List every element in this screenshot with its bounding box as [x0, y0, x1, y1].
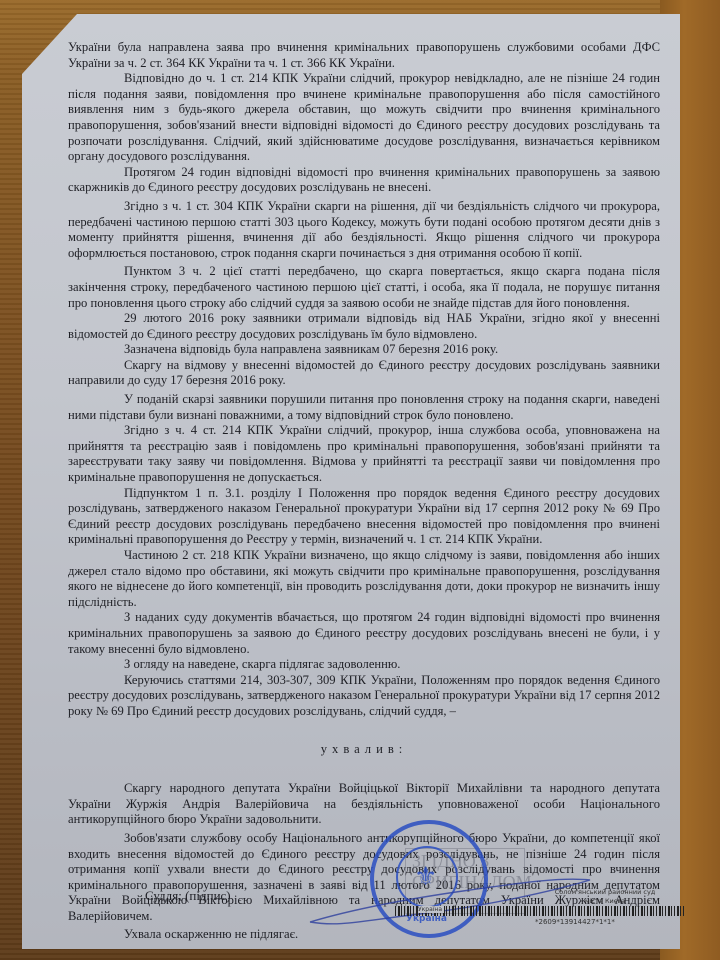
paragraph: Скаргу на відмову у внесенні відомостей … [68, 358, 660, 389]
paragraph: України була направлена заява про вчинен… [68, 40, 660, 71]
paragraph: 29 лютого 2016 року заявники отримали ві… [68, 311, 660, 342]
court-city: міста Києва [530, 897, 680, 906]
court-label: Солом'янський районний суд міста Києва [530, 888, 680, 906]
barcode-prefix: Україна [418, 906, 444, 913]
paragraph: З огляду на наведене, скарга підлягає за… [68, 657, 660, 673]
paragraph: Згідно з ч. 4 ст. 214 КПК України слідчи… [68, 423, 660, 485]
paragraph: Керуючись статтями 214, 303-307, 309 КПК… [68, 673, 660, 720]
ruling-paragraph: Скаргу народного депутата України Войціц… [68, 781, 660, 828]
paragraph: Пунктом 3 ч. 2 цієї статті передбачено, … [68, 264, 660, 311]
paragraph: Зазначена відповідь була направлена заяв… [68, 342, 660, 358]
paragraph: З наданих суду документів вбачається, що… [68, 610, 660, 657]
paragraph: Згідно з ч. 1 ст. 304 КПК України скарги… [68, 199, 660, 261]
barcode-number: *2609*13914427*1*1* [535, 918, 615, 926]
paragraph: Підпунктом 1 п. 3.1. розділу І Положення… [68, 486, 660, 548]
paragraph: Частиною 2 ст. 218 КПК України визначено… [68, 548, 660, 610]
paragraph: Відповідно до ч. 1 ст. 214 КПК України с… [68, 71, 660, 165]
paragraph: Протягом 24 годин відповідні відомості п… [68, 165, 660, 196]
judge-signature-line: Суддя: (підпис) [145, 888, 231, 904]
paragraph: У поданій скарзі заявники порушили питан… [68, 392, 660, 423]
document-body: України була направлена заява про вчинен… [68, 40, 660, 943]
court-name: Солом'янський районний суд [530, 888, 680, 897]
ruling-heading: ухвалив: [68, 742, 660, 758]
